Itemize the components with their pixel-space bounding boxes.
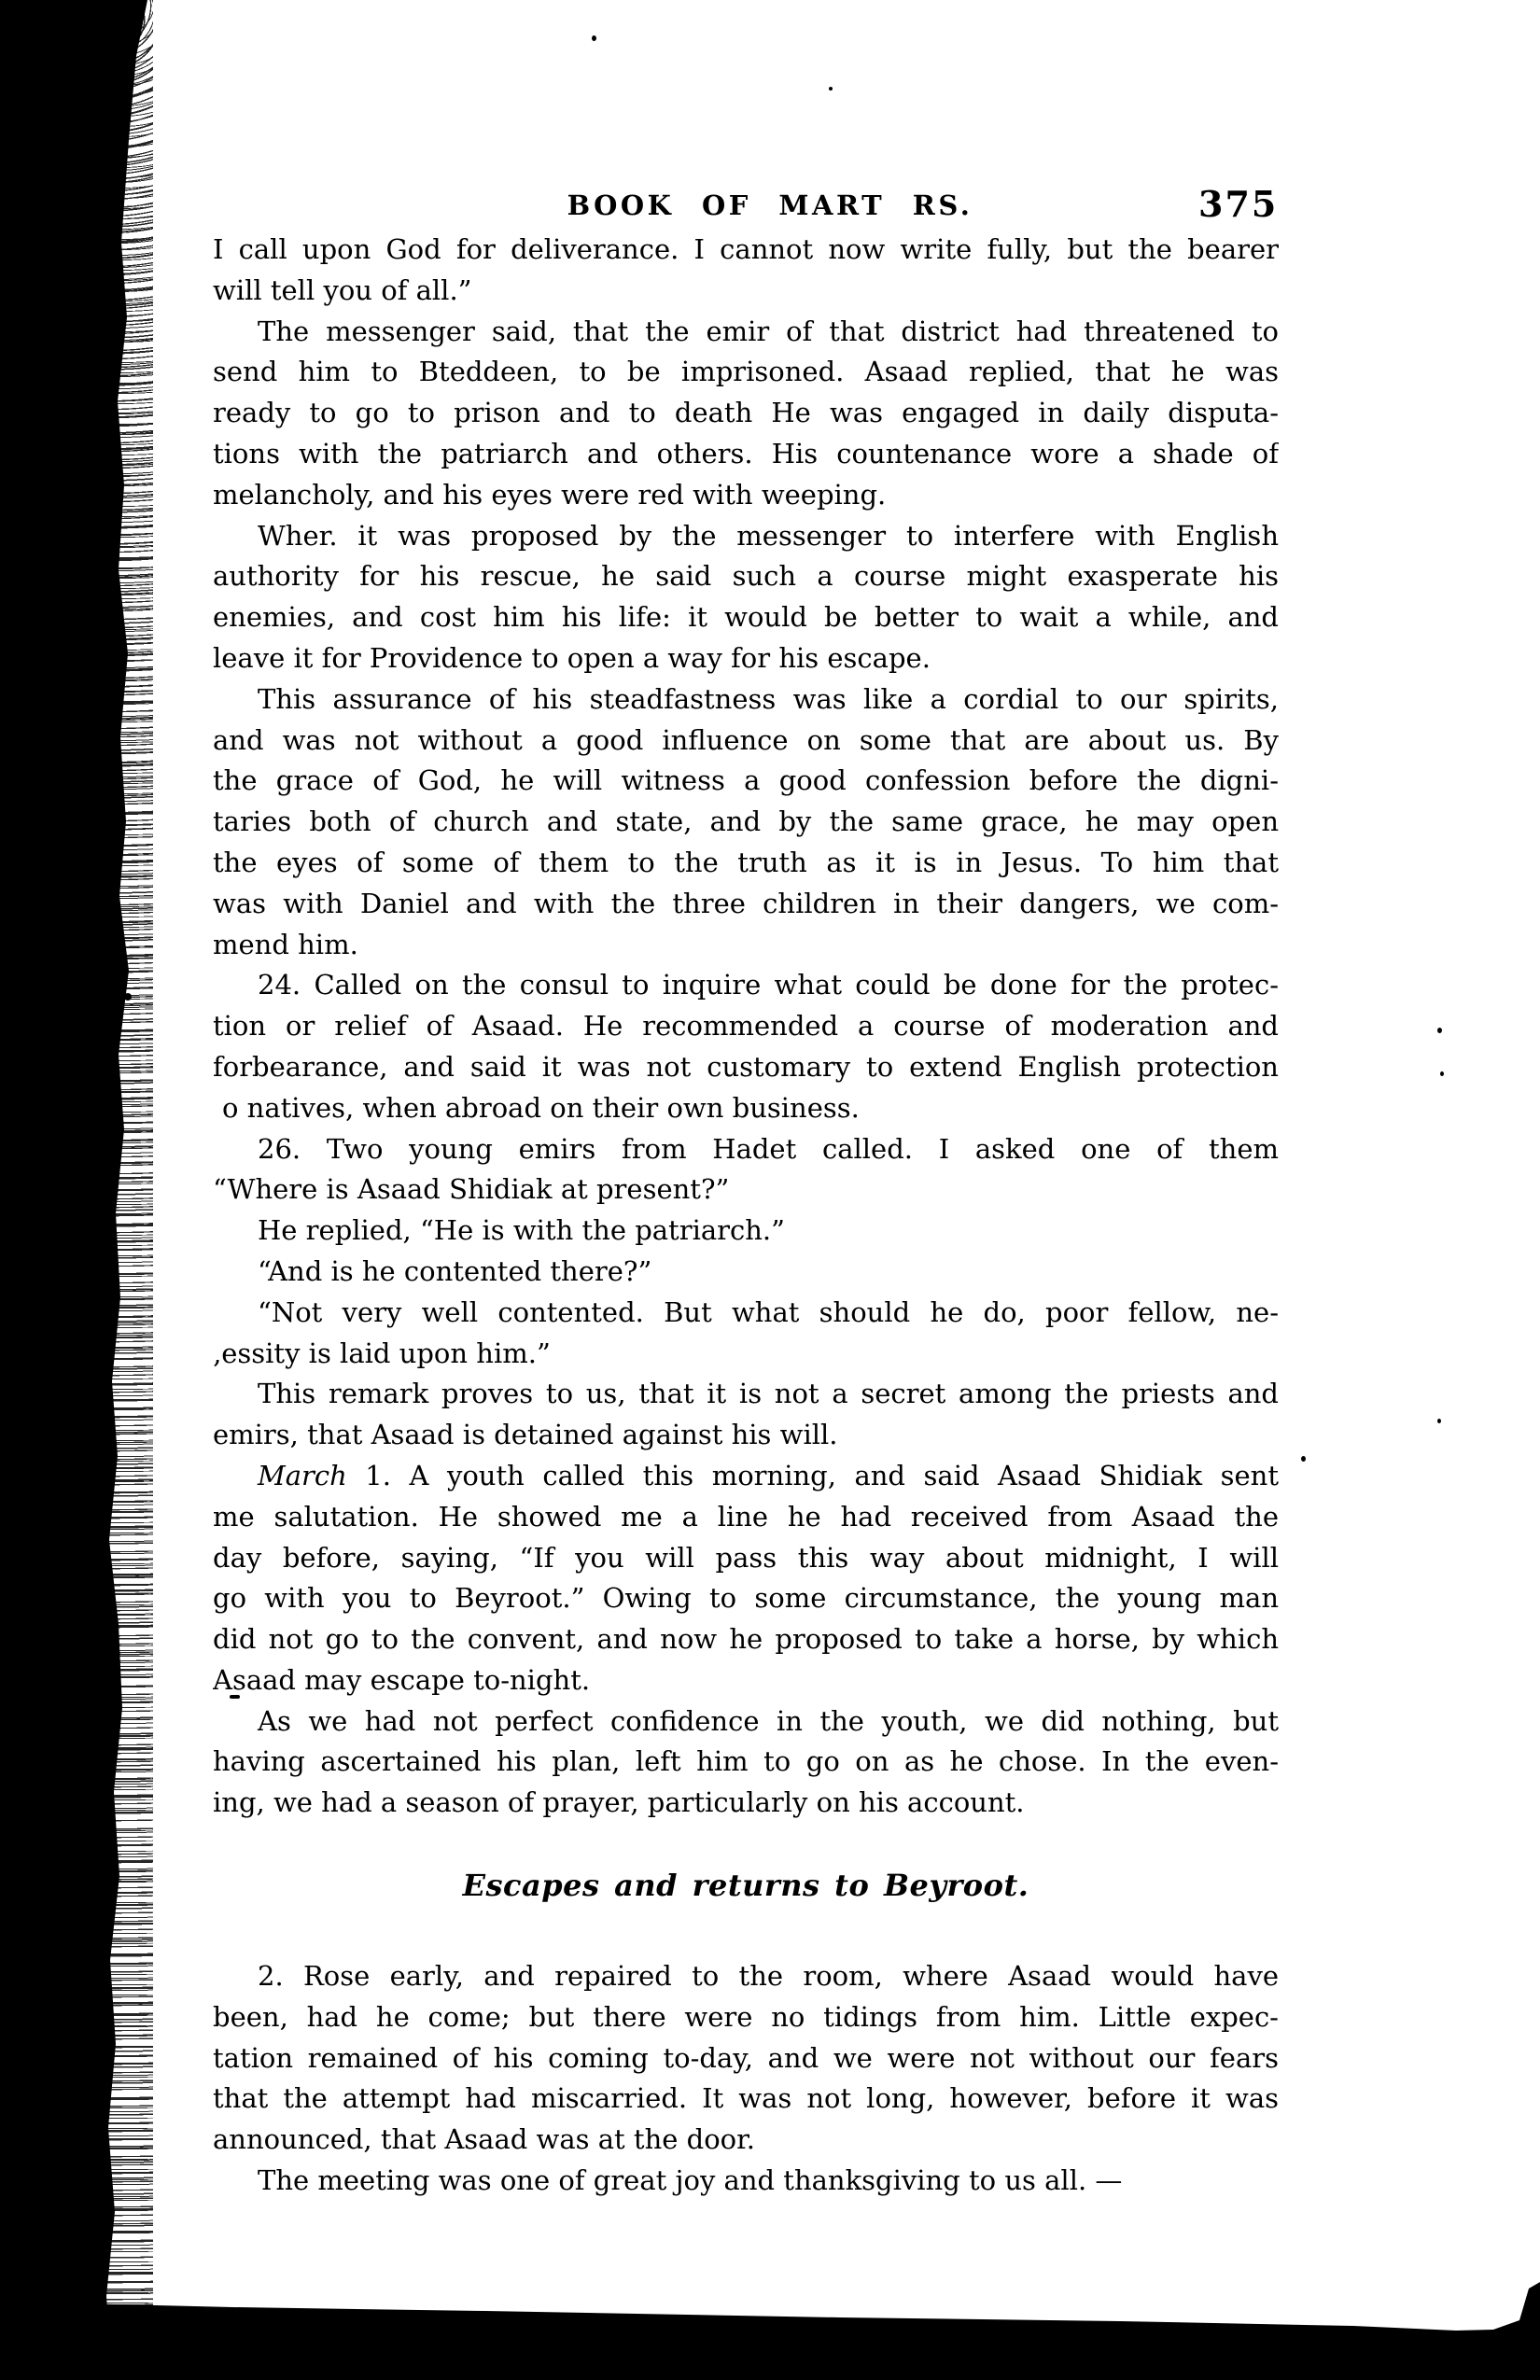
text-line: day before, saying, “If you will pass th… xyxy=(213,1538,1279,1579)
text-line: mend him. xyxy=(213,925,1279,966)
scan-artifact xyxy=(124,993,132,1001)
text-line: the eyes of some of them to the truth as… xyxy=(213,843,1279,884)
text-line: go with you to Beyroot.” Owing to some c… xyxy=(213,1578,1279,1619)
scan-artifact xyxy=(592,35,596,41)
text-line: taries both of church and state, and by … xyxy=(213,802,1279,843)
text-line: Asaad may escape to-night. xyxy=(213,1660,1279,1701)
text-line: ing, we had a season of prayer, particul… xyxy=(213,1783,1279,1824)
text-line: 24. Called on the consul to inquire what… xyxy=(213,965,1279,1006)
text-line: and was not without a good influence on … xyxy=(213,721,1279,762)
text-line: This assurance of his steadfastness was … xyxy=(213,679,1279,721)
scan-gutter-noise xyxy=(105,0,153,2380)
section-heading: Escapes and returns to Beyroot. xyxy=(213,1866,1279,1907)
text-line: will tell you of all.” xyxy=(213,271,1279,312)
text-line: As we had not perfect confidence in the … xyxy=(213,1701,1279,1743)
text-line: announced, that Asaad was at the door. xyxy=(213,2120,1279,2161)
text-line: o natives, when abroad on their own busi… xyxy=(213,1088,1279,1129)
scan-gutter-bottom xyxy=(0,2277,1540,2380)
text-line: “And is he contented there?” xyxy=(213,1252,1279,1293)
text-line: “Not very well contented. But what shoul… xyxy=(213,1293,1279,1334)
text-line: ready to go to prison and to death He wa… xyxy=(213,393,1279,434)
body-block-2: 2. Rose early, and repaired to the room,… xyxy=(213,1956,1279,2202)
text-line: This remark proves to us, that it is not… xyxy=(213,1374,1279,1415)
text-line: authority for his rescue, he said such a… xyxy=(213,556,1279,597)
text-line: “Where is Asaad Shidiak at present?” xyxy=(213,1169,1279,1211)
italic-text: March xyxy=(258,1460,347,1491)
text-line: tions with the patriarch and others. His… xyxy=(213,434,1279,475)
text-line: enemies, and cost him his life: it would… xyxy=(213,597,1279,638)
text-line: Wher. it was proposed by the messenger t… xyxy=(213,516,1279,557)
scanned-book-page: BOOK OF MART RS. 375 I call upon God for… xyxy=(0,0,1540,2380)
text-line: was with Daniel and with the three child… xyxy=(213,884,1279,925)
text-line: me salutation. He showed me a line he ha… xyxy=(213,1497,1279,1538)
text-line: I call upon God for deliverance. I canno… xyxy=(213,230,1279,271)
running-head: BOOK OF MART RS. xyxy=(0,189,1540,221)
text-line: send him to Bteddeen, to be imprisoned. … xyxy=(213,352,1279,393)
text-line: tion or relief of Asaad. He recommended … xyxy=(213,1006,1279,1047)
text-line: been, had he come; but there were no tid… xyxy=(213,1997,1279,2038)
scan-artifact xyxy=(1301,1456,1306,1462)
text-line: tation remained of his coming to-day, an… xyxy=(213,2038,1279,2079)
text-line: that the attempt had miscarried. It was … xyxy=(213,2079,1279,2120)
text-line: He replied, “He is with the patriarch.” xyxy=(213,1211,1279,1252)
scan-artifact xyxy=(1437,1028,1442,1033)
text-column: I call upon God for deliverance. I canno… xyxy=(213,230,1279,2202)
text-line: leave it for Providence to open a way fo… xyxy=(213,638,1279,679)
scan-artifact xyxy=(829,87,833,91)
text-line: having ascertained his plan, left him to… xyxy=(213,1742,1279,1783)
text-line: The messenger said, that the emir of tha… xyxy=(213,312,1279,353)
page-number: 375 xyxy=(1198,183,1278,225)
scan-artifact xyxy=(1440,1071,1444,1076)
text-line: The meeting was one of great joy and tha… xyxy=(213,2161,1279,2202)
text-line: 26. Two young emirs from Hadet called. I… xyxy=(213,1129,1279,1170)
text-line: 2. Rose early, and repaired to the room,… xyxy=(213,1956,1279,1997)
body-block-1: I call upon God for deliverance. I canno… xyxy=(213,230,1279,1824)
text-line: forbearance, and said it was not customa… xyxy=(213,1047,1279,1088)
text-line: March 1. A youth called this morning, an… xyxy=(213,1456,1279,1497)
text-line: ‚essity is laid upon him.” xyxy=(213,1334,1279,1375)
text-line: melancholy, and his eyes were red with w… xyxy=(213,475,1279,516)
scan-artifact xyxy=(1437,1419,1441,1423)
text-line: emirs, that Asaad is detained against hi… xyxy=(213,1415,1279,1456)
scan-artifact xyxy=(230,1695,240,1699)
text-line: the grace of God, he will witness a good… xyxy=(213,761,1279,802)
text-line: did not go to the convent, and now he pr… xyxy=(213,1619,1279,1660)
